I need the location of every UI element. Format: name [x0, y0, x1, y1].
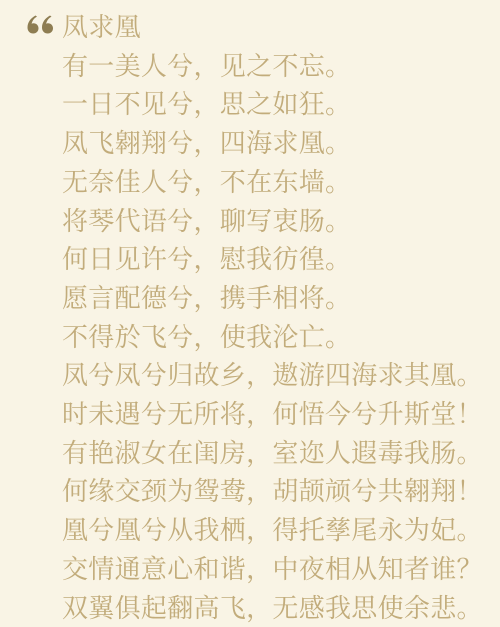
poem-line: 愿言配德兮，携手相将。 — [62, 279, 500, 318]
poem-line: 时未遇兮无所将，何悟今兮升斯堂！ — [62, 395, 500, 434]
poem-line: 何日见许兮，慰我彷徨。 — [62, 240, 500, 279]
poem-line: 一日不见兮，思之如狂。 — [62, 85, 500, 124]
poem-line: 凤兮凤兮归故乡，遨游四海求其凰。 — [62, 356, 500, 395]
poem-line: 不得於飞兮，使我沦亡。 — [62, 318, 500, 357]
poem-line: 交情通意心和谐，中夜相从知者谁？ — [62, 550, 500, 589]
poem-line: 凤飞翱翔兮，四海求凰。 — [62, 124, 500, 163]
opening-quote-icon — [26, 15, 53, 34]
poem-line: 双翼俱起翻高飞，无感我思使余悲。 — [62, 589, 500, 627]
poem-line: 将琴代语兮，聊写衷肠。 — [62, 202, 500, 241]
poem-line: 何缘交颈为鸳鸯，胡颉颃兮共翱翔！ — [62, 472, 500, 511]
poem-line: 有艳淑女在闺房，室迩人遐毒我肠。 — [62, 434, 500, 473]
poem-line: 有一美人兮，见之不忘。 — [62, 47, 500, 86]
poem-title: 凤求凰 — [62, 8, 500, 47]
poem-line: 无奈佳人兮，不在东墙。 — [62, 163, 500, 202]
poem-card: 凤求凰 有一美人兮，见之不忘。 一日不见兮，思之如狂。 凤飞翱翔兮，四海求凰。 … — [0, 0, 500, 627]
poem-line: 凰兮凰兮从我栖，得托孳尾永为妃。 — [62, 511, 500, 550]
poem-body: 有一美人兮，见之不忘。 一日不见兮，思之如狂。 凤飞翱翔兮，四海求凰。 无奈佳人… — [62, 47, 500, 627]
